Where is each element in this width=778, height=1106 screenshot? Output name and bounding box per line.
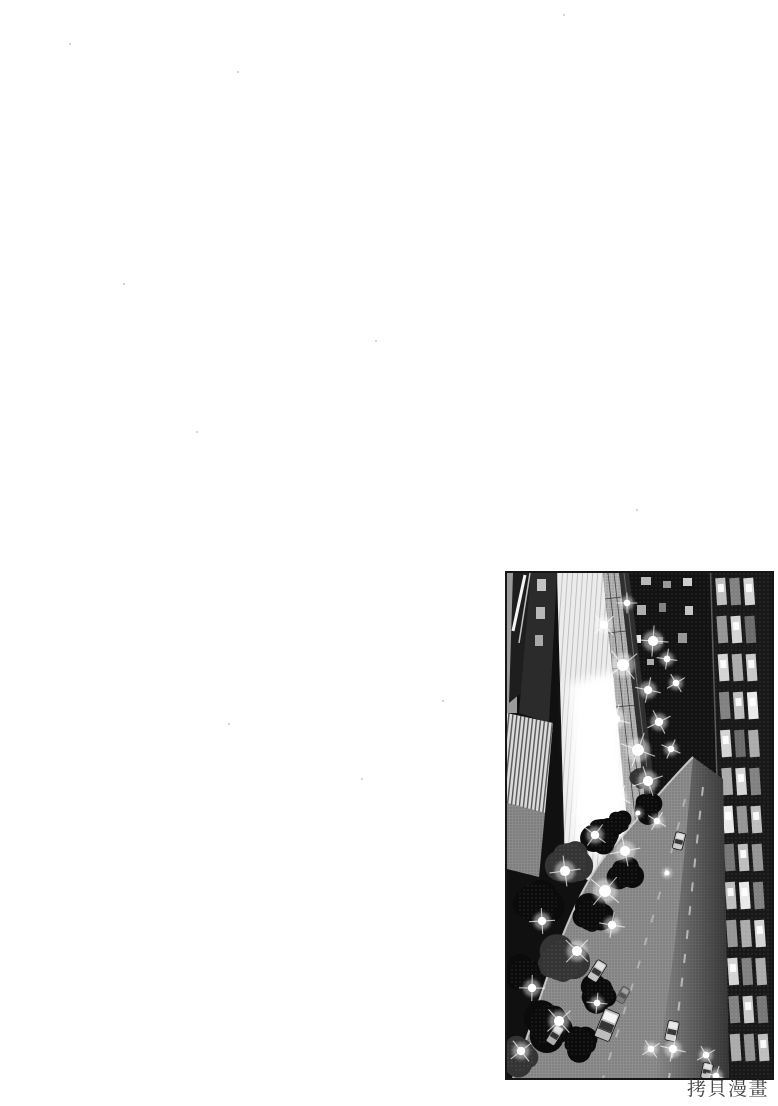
tree-speckle (609, 813, 629, 833)
lit-window (536, 607, 545, 619)
scan-speck (442, 700, 444, 702)
light-core (664, 870, 669, 875)
scan-speck (123, 283, 125, 285)
manga-panel (505, 571, 774, 1080)
watermark-text: 拷貝漫畫 (687, 1080, 769, 1099)
scan-speck (228, 723, 230, 725)
street-light (566, 940, 588, 962)
street-light (594, 615, 613, 634)
scan-speck (375, 340, 377, 342)
scan-speck (69, 43, 71, 45)
scan-speck (563, 14, 565, 16)
scan-speck (237, 71, 239, 73)
scan-speck (196, 431, 198, 433)
scan-speck (636, 509, 638, 511)
lit-window (537, 579, 546, 591)
night-street-illustration (507, 573, 772, 1078)
manga-page: 拷貝漫畫 (0, 0, 778, 1106)
street-light (633, 808, 643, 818)
striped-lower-wall-stripes (507, 713, 553, 813)
lower-wall-tone (507, 803, 545, 877)
street-light (662, 868, 672, 878)
light-core (635, 810, 640, 815)
scan-speck (361, 778, 363, 780)
lit-window (535, 635, 543, 646)
tree-speckle (576, 899, 608, 931)
tree-speckle (611, 859, 639, 887)
tree-speckle (565, 1029, 593, 1057)
